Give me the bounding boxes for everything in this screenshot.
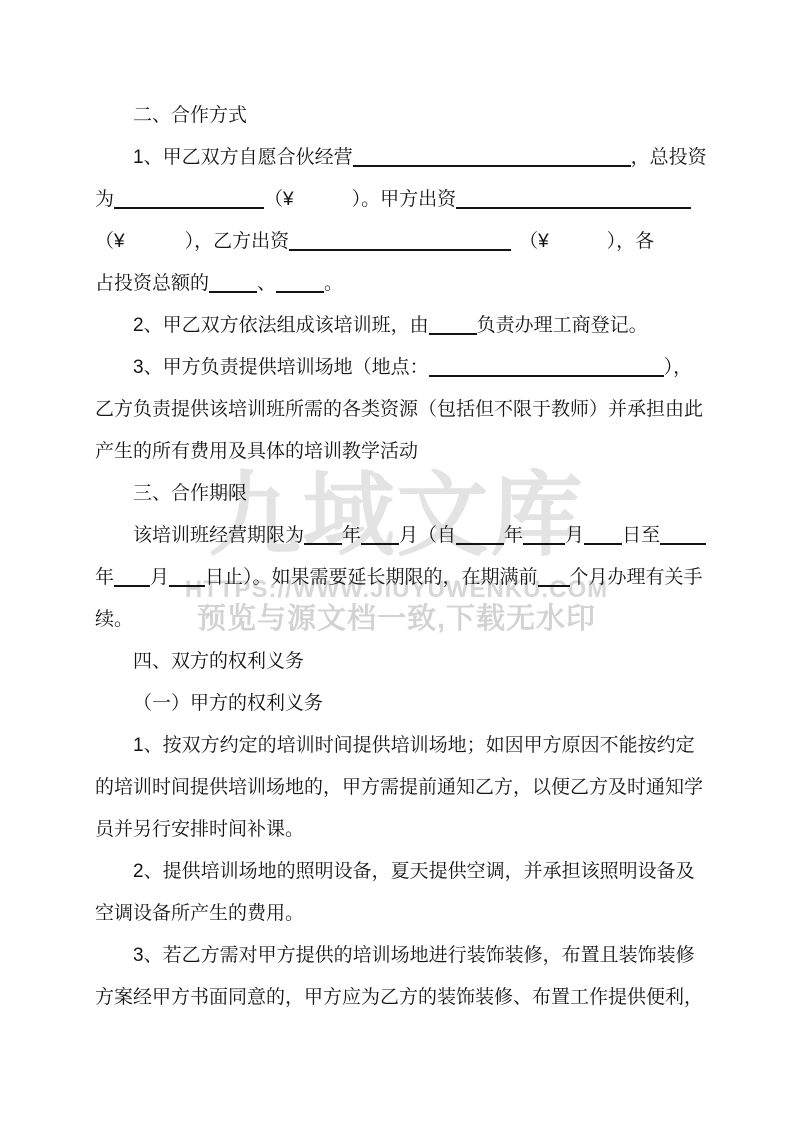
text-run: 员并另行安排时间补课。 (95, 819, 304, 840)
blank-field (114, 573, 150, 587)
paragraph-line: 2、提供培训场地的照明设备，夏天提供空调，并承担该照明设备及 (95, 851, 715, 893)
text-run: 月 (565, 525, 584, 546)
paragraph-line: 2、甲乙双方依法组成该培训班，由负责办理工商登记。 (95, 305, 715, 347)
text-run: 乙方负责提供该培训班所需的各类资源（包括但不限于教师）并承担由此 (95, 399, 703, 420)
text-run: 、 (257, 273, 276, 294)
text-run: 产生的所有费用及具体的培训教学活动 (95, 441, 418, 462)
blank-field (523, 531, 565, 545)
text-run: 个月办理有关手 (570, 567, 703, 588)
text-run: 负责办理工商登记。 (477, 315, 648, 336)
blank-field (169, 573, 205, 587)
paragraph-line: 续。 (95, 599, 715, 641)
text-run: 该培训班经营期限为 (133, 525, 304, 546)
text-run: （¥ (95, 231, 125, 252)
paragraph-line: （一）甲方的权利义务 (95, 683, 715, 725)
paragraph-line: 该培训班经营期限为年月（自年月日至 (95, 515, 715, 557)
text-run: 3、若乙方需对甲方提供的培训场地进行装饰装修，布置且装饰装修 (133, 945, 695, 966)
document-page: 九域文库 HTTPS://WWW.JIUYUWENKU.COM 预览与源文档一致… (0, 0, 793, 1122)
text-run: 四、双方的权利义务 (133, 651, 304, 672)
text-run: 2、甲乙双方依法组成该培训班，由 (133, 315, 429, 336)
paragraph-line: 的培训时间提供培训场地的，甲方需提前通知乙方，以便乙方及时通知学 (95, 767, 715, 809)
paragraph-line: 四、双方的权利义务 (95, 641, 715, 683)
paragraph-line: 3、若乙方需对甲方提供的培训场地进行装饰装修，布置且装饰装修 (95, 935, 715, 977)
blank-field (456, 531, 504, 545)
text-run: 占投资总额的 (95, 273, 209, 294)
text-run: 1、按双方约定的培训时间提供培训场地；如因甲方原因不能按约定 (133, 735, 695, 756)
blank-field (353, 153, 631, 167)
blank-field (429, 363, 664, 377)
document-body: 二、合作方式1、甲乙双方自愿合伙经营，总投资为（¥）。甲方出资（¥），乙方出资（… (95, 95, 715, 1019)
text-run: 方案经甲方书面同意的，甲方应为乙方的装饰装修、布置工作提供便利， (95, 987, 703, 1008)
text-run: 年 (342, 525, 361, 546)
text-run: ）。甲方出资 (352, 189, 457, 210)
text-run: （一）甲方的权利义务 (133, 693, 323, 714)
paragraph-line: 为（¥）。甲方出资 (95, 179, 715, 221)
blank-field (584, 531, 622, 545)
text-run: 续。 (95, 609, 133, 630)
text-run: 2、提供培训场地的照明设备，夏天提供空调，并承担该照明设备及 (133, 861, 695, 882)
blank-field (361, 531, 399, 545)
paragraph-line: 三、合作期限 (95, 473, 715, 515)
paragraph-line: 占投资总额的、。 (95, 263, 715, 305)
blank-field (660, 531, 706, 545)
text-run: 年 (95, 567, 114, 588)
text-run: ）， (664, 357, 693, 378)
paragraph-line: （¥），乙方出资（¥），各 (95, 221, 715, 263)
blank-field (429, 321, 477, 335)
text-run: 1、甲乙双方自愿合伙经营 (133, 147, 353, 168)
paragraph-line: 1、甲乙双方自愿合伙经营，总投资 (95, 137, 715, 179)
text-run: ），乙方出资 (185, 231, 290, 252)
paragraph-line: 员并另行安排时间补课。 (95, 809, 715, 851)
text-run: 的培训时间提供培训场地的，甲方需提前通知乙方，以便乙方及时通知学 (95, 777, 703, 798)
text-run: （¥ (519, 231, 549, 252)
blank-field (209, 279, 257, 293)
blank-field (276, 279, 324, 293)
text-run: 日至 (622, 525, 660, 546)
text-run: 年 (504, 525, 523, 546)
text-run: （¥ (264, 189, 294, 210)
text-run: ，总投资 (631, 147, 707, 168)
text-run: 空调设备所产生的费用。 (95, 903, 304, 924)
blank-field (114, 195, 264, 209)
paragraph-line: 年月日止）。如果需要延长期限的，在期满前个月办理有关手 (95, 557, 715, 599)
paragraph-line: 1、按双方约定的培训时间提供培训场地；如因甲方原因不能按约定 (95, 725, 715, 767)
blank-field (538, 573, 570, 587)
text-run: 为 (95, 189, 114, 210)
text-run: 日止）。如果需要延长期限的，在期满前 (205, 567, 538, 588)
text-run: 月（自 (399, 525, 456, 546)
text-run: 三、合作期限 (133, 483, 247, 504)
text-run: ），各 (607, 231, 655, 252)
blank-field (304, 531, 342, 545)
contract-preview-screenshot: { "page": { "background_color": "#ffffff… (0, 0, 793, 1122)
paragraph-line: 乙方负责提供该培训班所需的各类资源（包括但不限于教师）并承担由此 (95, 389, 715, 431)
paragraph-line: 方案经甲方书面同意的，甲方应为乙方的装饰装修、布置工作提供便利， (95, 977, 715, 1019)
text-run: 月 (150, 567, 169, 588)
paragraph-line: 二、合作方式 (95, 95, 715, 137)
paragraph-line: 空调设备所产生的费用。 (95, 893, 715, 935)
text-run: 3、甲方负责提供培训场地（地点： (133, 357, 429, 378)
blank-field (289, 237, 511, 251)
paragraph-line: 3、甲方负责提供培训场地（地点：）， (95, 347, 715, 389)
text-run: 二、合作方式 (133, 105, 247, 126)
paragraph-line: 产生的所有费用及具体的培训教学活动 (95, 431, 715, 473)
text-run: 。 (324, 273, 343, 294)
blank-field (456, 195, 691, 209)
